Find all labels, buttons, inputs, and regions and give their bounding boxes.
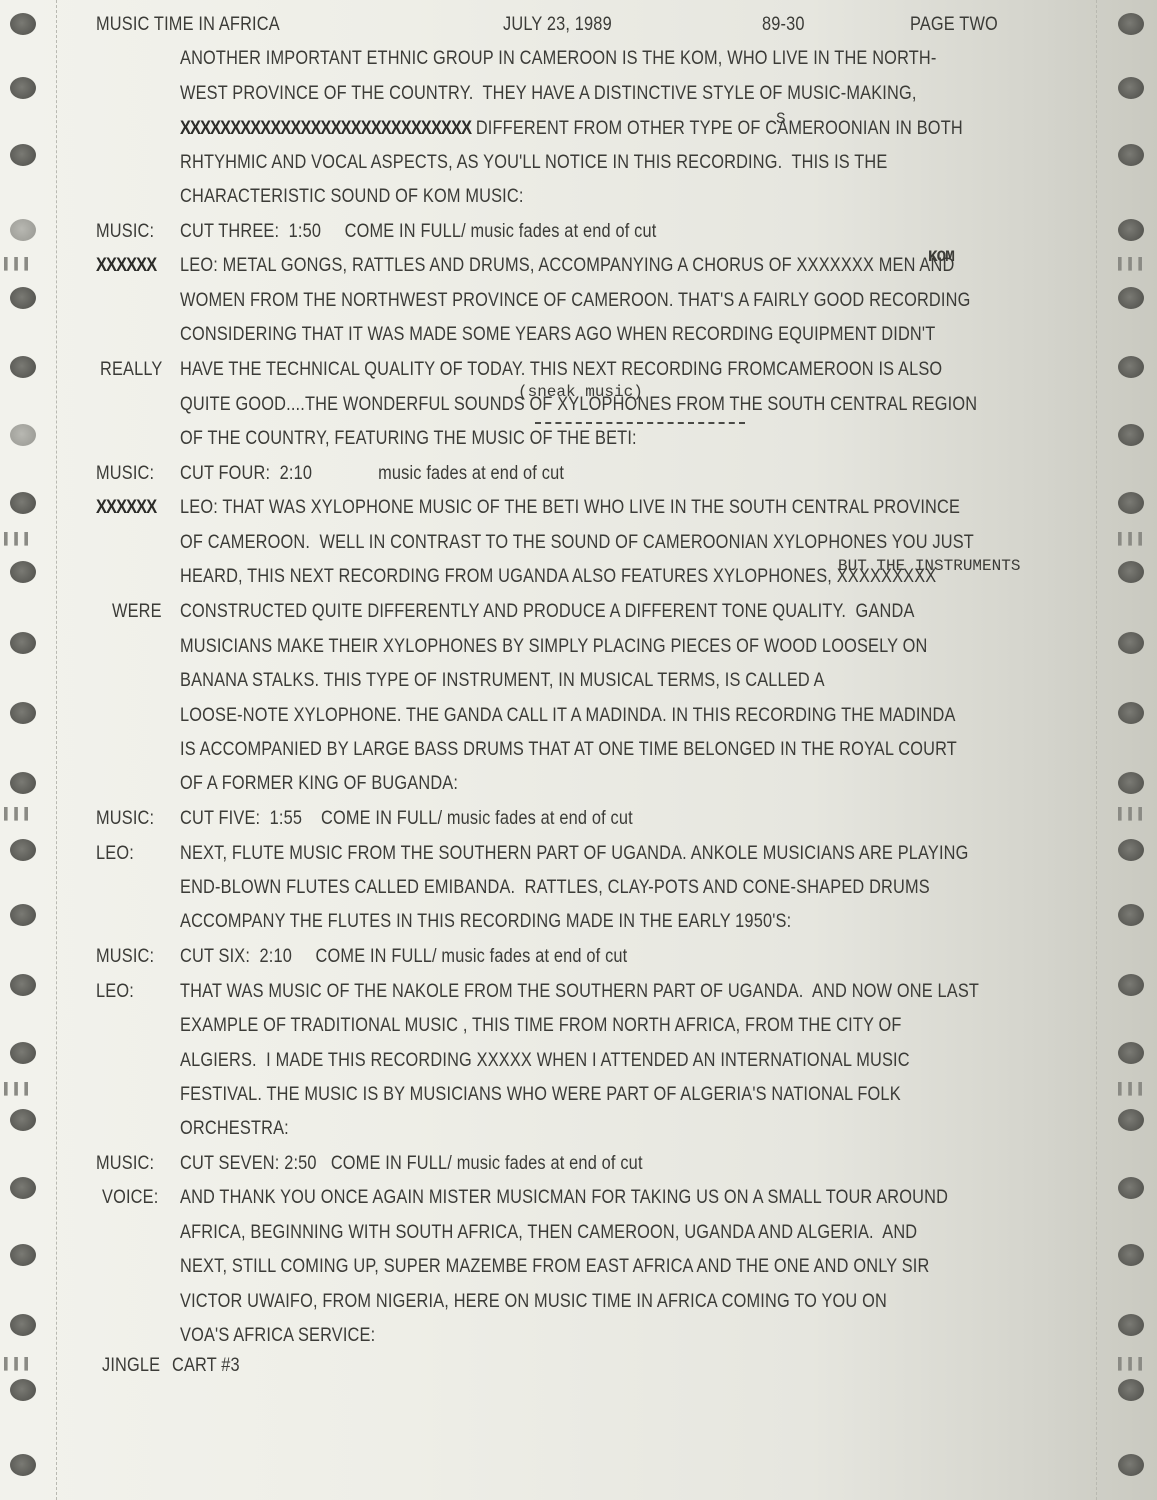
feed-hole-icon (10, 632, 36, 654)
speaker-label: WERE (112, 601, 162, 623)
perforation-tick-icon: ▌▌▌ (4, 532, 35, 546)
perforation-tick-icon: ▌▌▌ (1118, 1357, 1149, 1371)
script-line: CART #3 (172, 1355, 240, 1377)
feed-hole-icon (10, 1244, 36, 1266)
feed-hole-icon (1118, 13, 1144, 35)
script-line: CUT SEVEN: 2:50 COME IN FULL/ music fade… (180, 1153, 643, 1175)
script-line: NEXT, FLUTE MUSIC FROM THE SOUTHERN PART… (180, 843, 969, 865)
script-line: OF A FORMER KING OF BUGANDA: (180, 773, 458, 795)
perforation-tick-icon: ▌▌▌ (1118, 532, 1149, 546)
script-line: XXXXXXXXXXXXXXXXXXXXXXXXXXXXX DIFFERENT … (180, 118, 963, 140)
script-line: CUT THREE: 1:50 COME IN FULL/ music fade… (180, 221, 656, 243)
script-line: IS ACCOMPANIED BY LARGE BASS DRUMS THAT … (180, 739, 957, 761)
feed-hole-icon (10, 561, 36, 583)
feed-hole-icon (1118, 1454, 1144, 1476)
speaker-label: MUSIC: (96, 1153, 154, 1175)
feed-hole-icon (1118, 1244, 1144, 1266)
line-text: DIFFERENT FROM OTHER TYPE OF CAMEROONIAN… (471, 118, 963, 139)
feed-hole-icon (1118, 287, 1144, 309)
speaker-label: REALLY (100, 359, 162, 381)
script-line: WOMEN FROM THE NORTHWEST PROVINCE OF CAM… (180, 290, 970, 312)
script-line: CUT SIX: 2:10 COME IN FULL/ music fades … (180, 946, 627, 968)
feed-hole-icon (1118, 492, 1144, 514)
feed-hole-icon (1118, 839, 1144, 861)
feed-hole-icon (10, 356, 36, 378)
feed-hole-icon (10, 1454, 36, 1476)
script-line: FESTIVAL. THE MUSIC IS BY MUSICIANS WHO … (180, 1084, 901, 1106)
feed-hole-icon (1118, 702, 1144, 724)
script-line: AFRICA, BEGINNING WITH SOUTH AFRICA, THE… (180, 1222, 917, 1244)
script-line: CONSTRUCTED QUITE DIFFERENTLY AND PRODUC… (180, 601, 915, 623)
right-perforation-line (1096, 0, 1097, 1500)
feed-hole-icon (10, 13, 36, 35)
page-number: PAGE TWO (910, 14, 998, 36)
feed-hole-icon (1118, 1314, 1144, 1336)
script-line: END-BLOWN FLUTES CALLED EMIBANDA. RATTLE… (180, 877, 930, 899)
script-line: OF THE COUNTRY, FEATURING THE MUSIC OF T… (180, 428, 637, 450)
speaker-label: VOICE: (102, 1187, 158, 1209)
script-line: HEARD, THIS NEXT RECORDING FROM UGANDA A… (180, 566, 936, 588)
feed-hole-icon (10, 219, 36, 241)
script-line: RHTYHMIC AND VOCAL ASPECTS, AS YOU'LL NO… (180, 152, 887, 174)
script-line: ALGIERS. I MADE THIS RECORDING XXXXX WHE… (180, 1050, 910, 1072)
speaker-label: MUSIC: (96, 463, 154, 485)
underline-dashes (535, 422, 745, 424)
feed-hole-icon (1118, 1379, 1144, 1401)
feed-hole-icon (10, 144, 36, 166)
script-line: LOOSE-NOTE XYLOPHONE. THE GANDA CALL IT … (180, 705, 956, 727)
feed-hole-icon (10, 424, 36, 446)
script-line: CUT FOUR: 2:10 music fades at end of cut (180, 463, 564, 485)
perforation-tick-icon: ▌▌▌ (1118, 257, 1149, 271)
speaker-label: JINGLE (102, 1355, 160, 1377)
feed-hole-icon (1118, 561, 1144, 583)
left-perforation-line (56, 0, 57, 1500)
script-line: WEST PROVINCE OF THE COUNTRY. THEY HAVE … (180, 83, 917, 105)
script-line: AND THANK YOU ONCE AGAIN MISTER MUSICMAN… (180, 1187, 948, 1209)
script-line: BANANA STALKS. THIS TYPE OF INSTRUMENT, … (180, 670, 825, 692)
feed-hole-icon (10, 1379, 36, 1401)
speaker-label: MUSIC: (96, 946, 154, 968)
script-line: LEO: THAT WAS XYLOPHONE MUSIC OF THE BET… (180, 497, 960, 519)
feed-hole-icon (10, 1314, 36, 1336)
feed-hole-icon (1118, 1109, 1144, 1131)
perforation-tick-icon: ▌▌▌ (1118, 1082, 1149, 1096)
feed-hole-icon (10, 904, 36, 926)
feed-hole-icon (1118, 974, 1144, 996)
speaker-label: XXXXXX (96, 497, 156, 519)
script-line: EXAMPLE OF TRADITIONAL MUSIC , THIS TIME… (180, 1015, 902, 1037)
program-number: 89-30 (762, 14, 805, 36)
feed-hole-icon (10, 702, 36, 724)
feed-hole-icon (10, 287, 36, 309)
feed-hole-icon (10, 77, 36, 99)
script-line: NEXT, STILL COMING UP, SUPER MAZEMBE FRO… (180, 1256, 929, 1278)
speaker-label: MUSIC: (96, 808, 154, 830)
script-line: ORCHESTRA: (180, 1118, 289, 1140)
feed-hole-icon (10, 1109, 36, 1131)
struck-out-text: XXXXXXXXXXXXXXXXXXXXXXXXXXXXX (180, 118, 471, 139)
speaker-label: MUSIC: (96, 221, 154, 243)
script-line: HAVE THE TECHNICAL QUALITY OF TODAY. THI… (180, 359, 942, 381)
typewritten-script-page: ▌▌▌▌▌▌▌▌▌▌▌▌▌▌▌▌▌▌▌▌▌▌▌▌▌▌▌▌▌▌ MUSIC TIM… (0, 0, 1157, 1500)
feed-hole-icon (10, 492, 36, 514)
script-line: THAT WAS MUSIC OF THE NAKOLE FROM THE SO… (180, 981, 979, 1003)
feed-hole-icon (1118, 144, 1144, 166)
feed-hole-icon (1118, 77, 1144, 99)
perforation-tick-icon: ▌▌▌ (4, 1357, 35, 1371)
feed-hole-icon (1118, 424, 1144, 446)
speaker-label: LEO: (96, 843, 134, 865)
speaker-label: LEO: (96, 981, 134, 1003)
insertion-s: S (776, 110, 786, 128)
feed-hole-icon (10, 1177, 36, 1199)
script-line: ACCOMPANY THE FLUTES IN THIS RECORDING M… (180, 911, 791, 933)
feed-hole-icon (1118, 219, 1144, 241)
script-line: MUSICIANS MAKE THEIR XYLOPHONES BY SIMPL… (180, 636, 927, 658)
script-line: LEO: METAL GONGS, RATTLES AND DRUMS, ACC… (180, 255, 954, 277)
feed-hole-icon (1118, 632, 1144, 654)
perforation-tick-icon: ▌▌▌ (4, 807, 35, 821)
program-title: MUSIC TIME IN AFRICA (96, 14, 280, 36)
feed-hole-icon (10, 974, 36, 996)
perforation-tick-icon: ▌▌▌ (1118, 807, 1149, 821)
script-line: CUT FIVE: 1:55 COME IN FULL/ music fades… (180, 808, 633, 830)
insertion-sneak-music: (sneak music) (518, 383, 643, 401)
broadcast-date: JULY 23, 1989 (503, 14, 612, 36)
insertion-but-the-instruments: BUT THE INSTRUMENTS (838, 557, 1020, 575)
feed-hole-icon (1118, 1177, 1144, 1199)
perforation-tick-icon: ▌▌▌ (4, 257, 35, 271)
perforation-tick-icon: ▌▌▌ (4, 1082, 35, 1096)
feed-hole-icon (1118, 356, 1144, 378)
insertion-kom: KOM (928, 248, 954, 266)
feed-hole-icon (1118, 904, 1144, 926)
feed-hole-icon (1118, 1042, 1144, 1064)
feed-hole-icon (1118, 772, 1144, 794)
feed-hole-icon (10, 772, 36, 794)
feed-hole-icon (10, 1042, 36, 1064)
script-line: VOA'S AFRICA SERVICE: (180, 1325, 375, 1347)
script-line: CHARACTERISTIC SOUND OF KOM MUSIC: (180, 186, 524, 208)
speaker-label: XXXXXX (96, 255, 156, 277)
script-line: CONSIDERING THAT IT WAS MADE SOME YEARS … (180, 324, 935, 346)
feed-hole-icon (10, 839, 36, 861)
script-line: VICTOR UWAIFO, FROM NIGERIA, HERE ON MUS… (180, 1291, 887, 1313)
script-line: OF CAMEROON. WELL IN CONTRAST TO THE SOU… (180, 532, 974, 554)
script-line: ANOTHER IMPORTANT ETHNIC GROUP IN CAMERO… (180, 48, 936, 70)
